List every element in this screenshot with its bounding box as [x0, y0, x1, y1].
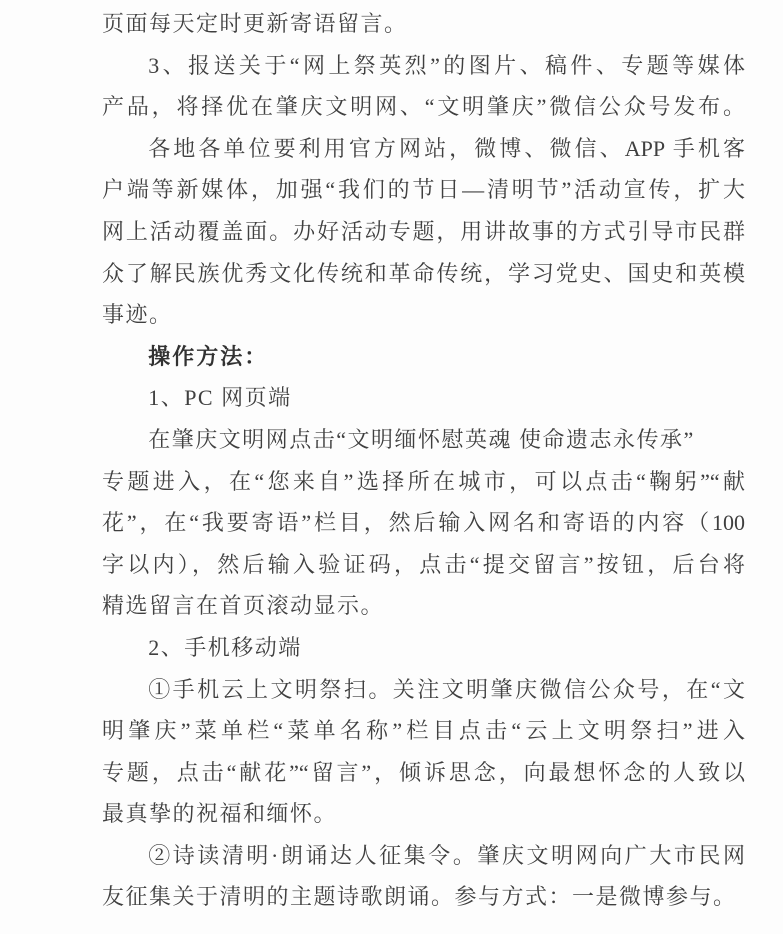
paragraph-line: 产品，将择优在肇庆文明网、“文明肇庆”微信公众号发布。 [102, 86, 745, 128]
document-text-block: 页面每天定时更新寄语留言。 3、报送关于“网上祭英烈”的图片、稿件、专题等媒体 … [102, 3, 745, 918]
paragraph-line: ①手机云上文明祭扫。关注文明肇庆微信公众号，在“文 [102, 669, 745, 711]
paragraph-line: 各地各单位要利用官方网站，微博、微信、APP 手机客 [102, 128, 745, 170]
paragraph-line: 最真挚的祝福和缅怀。 [102, 793, 745, 835]
paragraph-line: 在肇庆文明网点击“文明缅怀慰英魂 使命遗志永传承” [102, 419, 745, 461]
paragraph-line: 精选留言在首页滚动显示。 [102, 585, 745, 627]
paragraph-line: 明肇庆”菜单栏“菜单名称”栏目点击“云上文明祭扫”进入 [102, 710, 745, 752]
paragraph-line: 众了解民族优秀文化传统和革命传统，学习党史、国史和英模 [102, 253, 745, 295]
paragraph-line: ②诗读清明·朗诵达人征集令。肇庆文明网向广大市民网 [102, 835, 745, 877]
list-item-mobile: 2、手机移动端 [102, 627, 745, 669]
paragraph-line: 3、报送关于“网上祭英烈”的图片、稿件、专题等媒体 [102, 45, 745, 87]
paragraph-line: 页面每天定时更新寄语留言。 [102, 3, 745, 45]
paragraph-line: 专题进入，在“您来自”选择所在城市，可以点击“鞠躬”“献 [102, 461, 745, 503]
list-item-pc-web: 1、PC 网页端 [102, 377, 745, 419]
paragraph-line: 友征集关于清明的主题诗歌朗诵。参与方式：一是微博参与。 [102, 876, 745, 918]
paragraph-line: 网上活动覆盖面。办好活动专题，用讲故事的方式引导市民群 [102, 211, 745, 253]
section-heading: 操作方法： [102, 336, 745, 378]
document-page: 页面每天定时更新寄语留言。 3、报送关于“网上祭英烈”的图片、稿件、专题等媒体 … [0, 0, 783, 934]
paragraph-line: 户端等新媒体，加强“我们的节日—清明节”活动宣传，扩大 [102, 169, 745, 211]
paragraph-line: 花”，在“我要寄语”栏目，然后输入网名和寄语的内容（100 [102, 502, 745, 544]
paragraph-line: 专题，点击“献花”“留言”，倾诉思念，向最想怀念的人致以 [102, 752, 745, 794]
paragraph-line: 事迹。 [102, 294, 745, 336]
paragraph-line: 字以内），然后输入验证码，点击“提交留言”按钮，后台将 [102, 544, 745, 586]
